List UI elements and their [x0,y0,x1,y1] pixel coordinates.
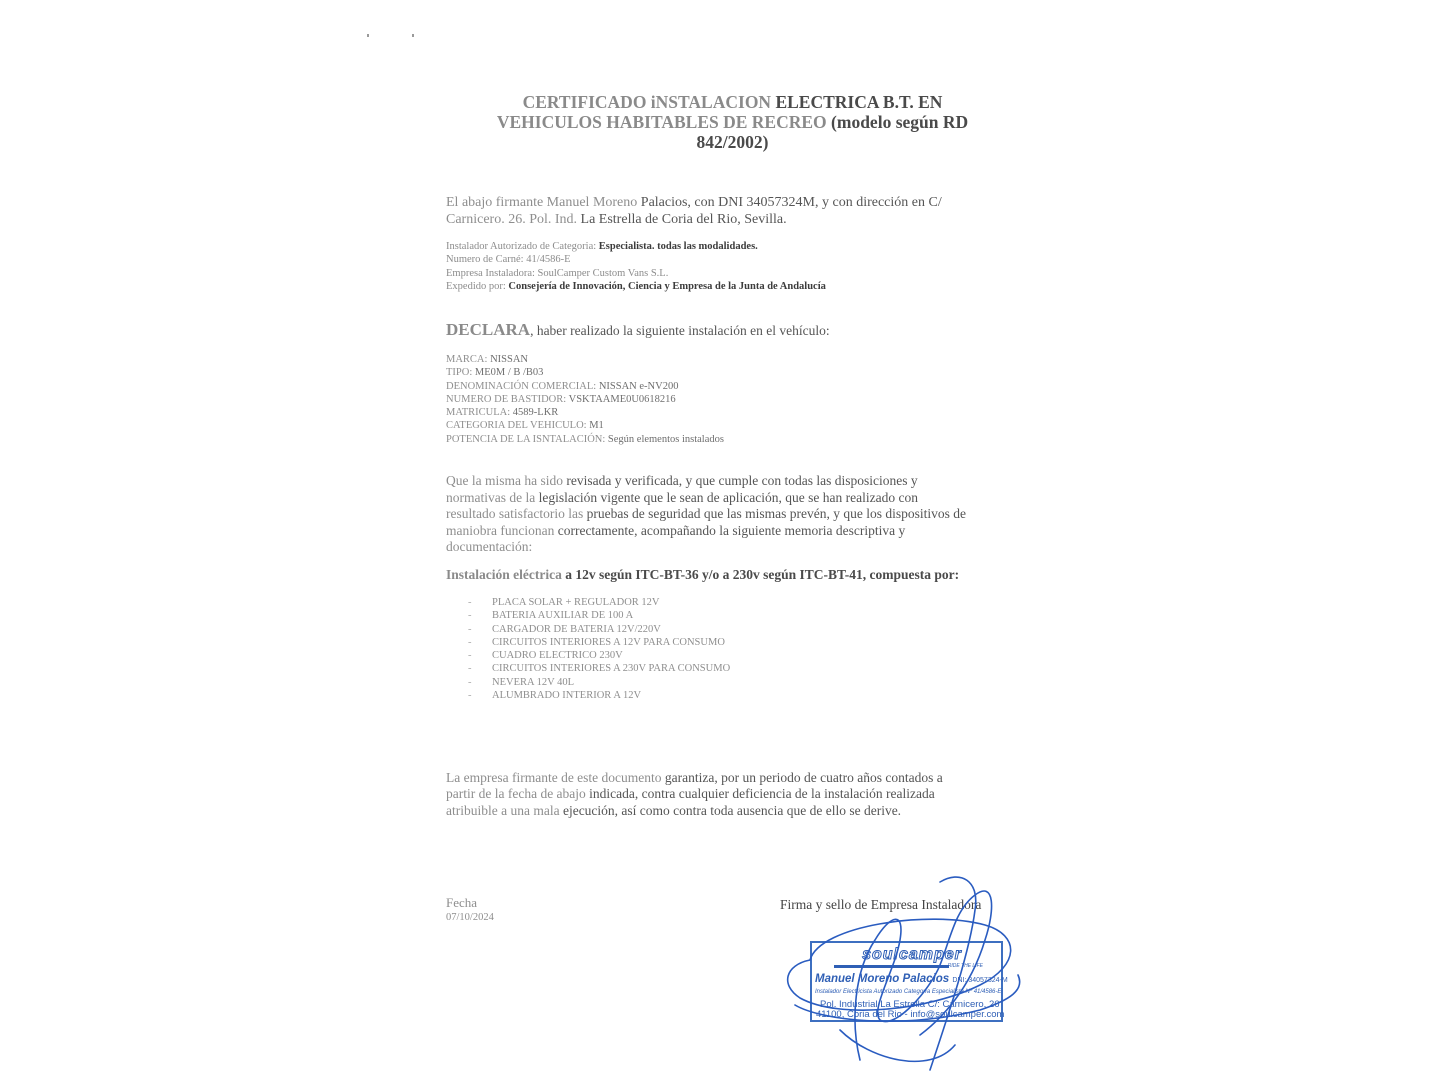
date-block: Fecha 07/10/2024 [446,895,494,923]
title-part: CERTIFICADO iNSTALACION [523,92,771,112]
components-list: -PLACA SOLAR + REGULADOR 12V-BATERIA AUX… [468,596,730,702]
line-text: indicada, contra cualquier deficiencia d… [589,786,935,801]
vehicle-value: ME0M / B /B03 [475,367,544,378]
date-value: 07/10/2024 [446,912,494,923]
installation-text: Instalación eléctrica [446,567,562,582]
vehicle-details: MARCA: NISSANTIPO: ME0M / B /B03DENOMINA… [446,353,724,446]
component-text: CIRCUITOS INTERIORES A 12V PARA CONSUMO [492,636,725,649]
stamp-name-line: Manuel Moreno Palacios DNI: 34057324-M [815,973,1008,985]
component-item: -CARGADOR DE BATERIA 12V/220V [468,623,730,636]
vehicle-value: NISSAN e-NV200 [599,381,679,392]
line-text: atribuible a una mala [446,803,560,818]
vehicle-row: MARCA: NISSAN [446,353,724,366]
installer-label: Empresa Instaladora: [446,268,535,279]
title-part: VEHICULOS HABITABLES DE RECREO [497,112,827,132]
stamp-tagline: RIDE THE LIFE [948,963,983,969]
component-text: BATERIA AUXILIAR DE 100 A [492,609,633,622]
component-item: -CIRCUITOS INTERIORES A 230V PARA CONSUM… [468,662,730,675]
vehicle-value: 4589-LKR [513,407,559,418]
installer-row: Empresa Instaladora: SoulCamper Custom V… [446,267,986,280]
vehicle-label: DENOMINACIÓN COMERCIAL: [446,381,596,392]
line-text: pruebas de seguridad que las mismas prev… [587,506,966,521]
vehicle-row: DENOMINACIÓN COMERCIAL: NISSAN e-NV200 [446,380,724,393]
component-item: -BATERIA AUXILIAR DE 100 A [468,609,730,622]
title-part: ELECTRICA B.T. EN [775,92,942,112]
installer-value: 41/4586-E [526,254,570,265]
component-text: PLACA SOLAR + REGULADOR 12V [492,596,660,609]
installer-row: Numero de Carné: 41/4586-E [446,253,986,266]
scan-speck [412,34,414,37]
intro-paragraph: El abajo firmante Manuel Moreno Palacios… [446,194,986,228]
line-text: garantiza, por un periodo de cuatro años… [665,770,943,785]
intro-text: Carnicero. 26. Pol. Ind. [446,212,577,227]
line-text: Que la misma ha sido [446,473,563,488]
installer-value: SoulCamper Custom Vans S.L. [538,268,669,279]
installation-text: a 12v según ITC-BT-36 y/o a 230v según I… [565,567,959,582]
stamp-logo: soulcamper [832,947,992,963]
installer-value: Especialista. todas las modalidades. [599,241,758,252]
component-item: -CUADRO ELECTRICO 230V [468,649,730,662]
certificate-page: CERTIFICADO iNSTALACION ELECTRICA B.T. E… [0,0,1440,1080]
document-title: CERTIFICADO iNSTALACION ELECTRICA B.T. E… [450,92,1015,152]
line-text: legislación vigente que le sean de aplic… [539,490,918,505]
paragraph-line: atribuible a una mala ejecución, así com… [446,803,986,819]
installer-label: Expedido por: [446,281,506,292]
paragraph-line: La empresa firmante de este documento ga… [446,770,986,786]
stamp-license: Instalador Electricista Autorizado Categ… [815,989,1001,995]
line-text: La empresa firmante de este documento [446,770,662,785]
stamp-contact: 41100, Coria del Rio - info@soulcamper.c… [816,1009,1004,1020]
vehicle-value: NISSAN [490,354,528,365]
installer-details: Instalador Autorizado de Categoria: Espe… [446,240,986,293]
installer-label: Numero de Carné: [446,254,524,265]
stamp-name: Manuel Moreno Palacios [815,973,949,985]
signature-label: Firma y sello de Empresa Instaladora [780,897,981,913]
vehicle-value: VSKTAAME0U0618216 [569,394,676,405]
declaration-heading: DECLARA, haber realizado la siguiente in… [446,320,830,340]
installer-label: Instalador Autorizado de Categoria: [446,241,596,252]
company-stamp: soulcamper RIDE THE LIFE Manuel Moreno P… [810,941,1003,1022]
component-text: NEVERA 12V 40L [492,676,574,689]
line-text: correctamente, acompañando la siguiente … [558,523,905,538]
installer-value: Consejería de Innovación, Ciencia y Empr… [508,281,825,292]
paragraph-line: Que la misma ha sido revisada y verifica… [446,473,1006,490]
paragraph-line: maniobra funcionan correctamente, acompa… [446,523,1006,540]
date-label: Fecha [446,895,494,911]
title-part: (modelo según RD [831,112,968,132]
component-item: -NEVERA 12V 40L [468,676,730,689]
component-item: -ALUMBRADO INTERIOR A 12V [468,689,730,702]
bullet-icon: - [468,636,492,649]
bullet-icon: - [468,689,492,702]
intro-text: El abajo firmante Manuel Moreno [446,195,637,210]
stamp-dni: DNI: 34057324-M [952,977,1007,984]
title-part: 842/2002) [450,132,1015,152]
paragraph-line: normativas de la legislación vigente que… [446,490,1006,507]
component-item: -PLACA SOLAR + REGULADOR 12V [468,596,730,609]
line-text: partir de la fecha de abajo [446,786,586,801]
verification-paragraph: Que la misma ha sido revisada y verifica… [446,473,1006,556]
line-text: resultado satisfactorio las [446,506,583,521]
line-text: documentación: [446,539,532,554]
declara-text: , haber realizado la siguiente instalaci… [530,323,830,338]
vehicle-label: NUMERO DE BASTIDOR: [446,394,566,405]
component-text: CUADRO ELECTRICO 230V [492,649,623,662]
bullet-icon: - [468,676,492,689]
vehicle-label: MARCA: [446,354,487,365]
component-text: ALUMBRADO INTERIOR A 12V [492,689,641,702]
line-text: revisada y verificada, y que cumple con … [566,473,917,488]
vehicle-value: M1 [589,420,604,431]
component-item: -CIRCUITOS INTERIORES A 12V PARA CONSUMO [468,636,730,649]
vehicle-row: CATEGORIA DEL VEHICULO: M1 [446,419,724,432]
vehicle-row: TIPO: ME0M / B /B03 [446,366,724,379]
bullet-icon: - [468,662,492,675]
installer-row: Instalador Autorizado de Categoria: Espe… [446,240,986,253]
installer-row: Expedido por: Consejería de Innovación, … [446,280,986,293]
line-text: ejecución, así como contra toda ausencia… [563,803,901,818]
component-text: CARGADOR DE BATERIA 12V/220V [492,623,661,636]
paragraph-line: documentación: [446,539,1006,556]
vehicle-label: POTENCIA DE LA ISNTALACIÓN: [446,434,605,445]
declara-keyword: DECLARA [446,320,530,339]
vehicle-row: MATRICULA: 4589-LKR [446,406,724,419]
bullet-icon: - [468,623,492,636]
stamp-stripe [834,965,949,968]
component-text: CIRCUITOS INTERIORES A 230V PARA CONSUMO [492,662,730,675]
bullet-icon: - [468,596,492,609]
bullet-icon: - [468,649,492,662]
paragraph-line: partir de la fecha de abajo indicada, co… [446,786,986,802]
bullet-icon: - [468,609,492,622]
scan-speck [367,34,369,37]
vehicle-label: CATEGORIA DEL VEHICULO: [446,420,587,431]
line-text: maniobra funcionan [446,523,554,538]
vehicle-label: MATRICULA: [446,407,510,418]
warranty-paragraph: La empresa firmante de este documento ga… [446,770,986,819]
intro-text: Palacios, con DNI 34057324M, y con direc… [641,195,942,210]
vehicle-value: Según elementos instalados [608,434,724,445]
line-text: normativas de la [446,490,535,505]
paragraph-line: resultado satisfactorio las pruebas de s… [446,506,1006,523]
vehicle-row: POTENCIA DE LA ISNTALACIÓN: Según elemen… [446,433,724,446]
vehicle-label: TIPO: [446,367,472,378]
installation-heading: Instalación eléctrica a 12v según ITC-BT… [446,567,959,583]
intro-text: La Estrella de Coria del Rio, Sevilla. [581,212,787,227]
vehicle-row: NUMERO DE BASTIDOR: VSKTAAME0U0618216 [446,393,724,406]
